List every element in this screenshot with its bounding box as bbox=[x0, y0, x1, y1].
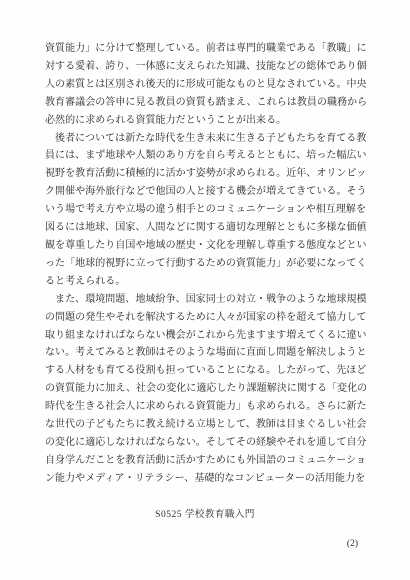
paragraph-2: 後者については新たな時代を生き未来に生きる子どもたちを育てる教 員には、まず地球… bbox=[45, 130, 369, 291]
paragraph-1: 資質能力」に分けて整理している。前者は専門的職業である「教職」に 対する愛着、誇… bbox=[45, 40, 369, 130]
page-number: (2) bbox=[347, 539, 358, 549]
body-text: 資質能力」に分けて整理している。前者は専門的職業である「教職」に 対する愛着、誇… bbox=[45, 40, 369, 488]
document-page: 資質能力」に分けて整理している。前者は専門的職業である「教職」に 対する愛着、誇… bbox=[0, 0, 410, 580]
footer-course-label: S0525 学校教育職入門 bbox=[0, 506, 410, 520]
paragraph-3: また、環境問題、地域紛争、国家同士の対立・戦争のような地球規模 の問題の発生やそ… bbox=[45, 291, 369, 488]
